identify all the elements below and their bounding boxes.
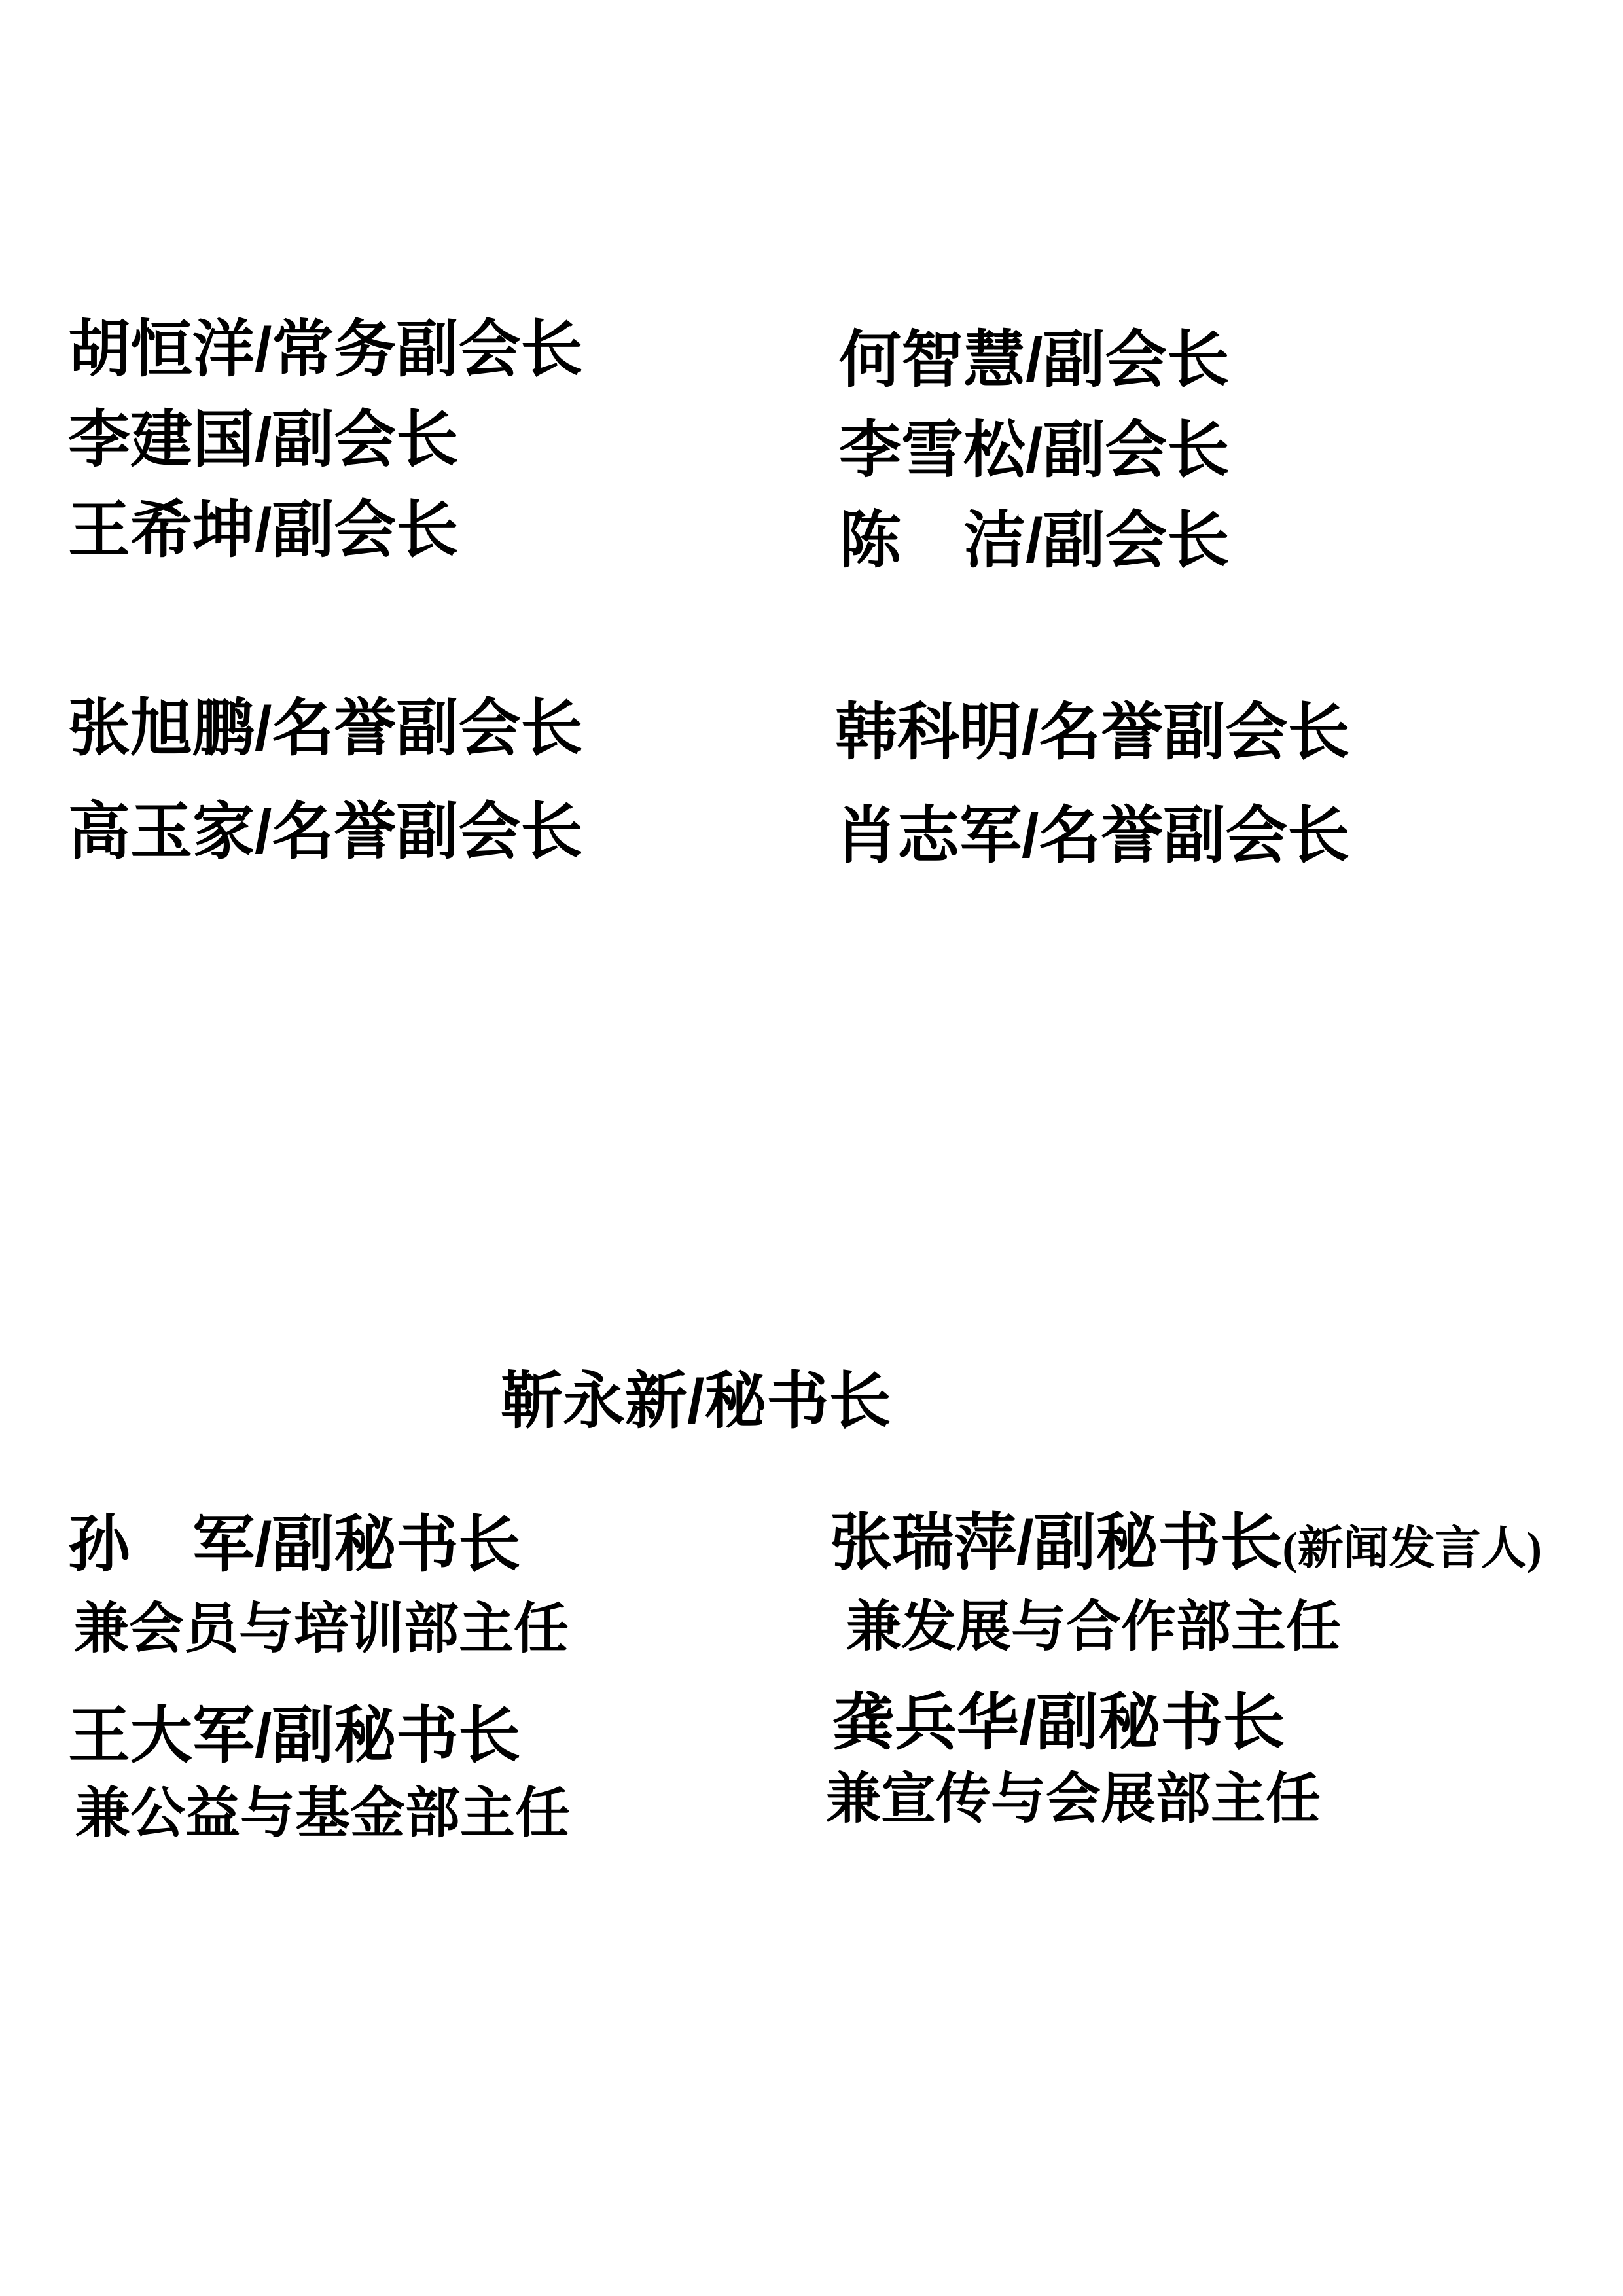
vice-president-line-left-3: 王希坤/副会长 [68,499,458,562]
vice-president-line-right-2: 李雪松/副会长 [839,420,1229,482]
vice-president-line-left-1: 胡恒洋/常务副会长 [68,319,582,381]
deputy-secretary-dept-left-1: 兼会员与培训部主任 [74,1602,569,1657]
honorary-vice-president-line-right-2: 肖志军/名誉副会长 [835,805,1349,867]
deputy-secretary-dept-left-2: 兼公益与基金部主任 [75,1787,570,1842]
honorary-vice-president-line-right-1: 韩科明/名誉副会长 [835,702,1349,764]
deputy-secretary-dept-right-2: 兼宣传与会展部主任 [826,1772,1321,1827]
vice-president-line-right-3: 陈 洁/副会长 [839,510,1229,572]
deputy-secretary-name-title: 张瑞萍/副秘书长 [830,1508,1282,1577]
vice-president-line-right-1: 何智慧/副会长 [839,329,1229,391]
spokesperson-note: (新闻发言人) [1282,1524,1542,1574]
secretary-general-line: 靳永新/秘书长 [501,1371,891,1433]
deputy-secretary-dept-right-1: 兼发展与合作部主任 [846,1600,1341,1655]
honorary-vice-president-line-left-1: 张旭鹏/名誉副会长 [68,698,582,760]
deputy-secretary-line-right-1: 张瑞萍/副秘书长(新闻发言人) [830,1512,1542,1574]
deputy-secretary-line-left-2: 王大军/副秘书长 [68,1705,520,1767]
honorary-vice-president-line-left-2: 高玉家/名誉副会长 [68,801,582,863]
page: 胡恒洋/常务副会长 李建国/副会长 王希坤/副会长 何智慧/副会长 李雪松/副会… [0,0,1623,2296]
deputy-secretary-line-left-1: 孙 军/副秘书长 [68,1514,520,1576]
vice-president-line-left-2: 李建国/副会长 [68,409,458,471]
deputy-secretary-line-right-2: 龚兵华/副秘书长 [832,1692,1285,1754]
